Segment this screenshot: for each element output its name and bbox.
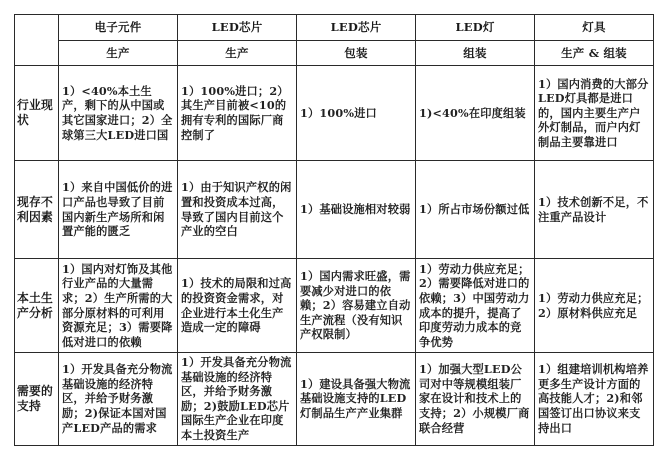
table-cell: 1）国内消费的大部分LED灯具都是进口的，国内主要生产户外灯制品，而户内灯制品主… [535,66,654,161]
header-row-stage: 生产 生产 包装 组装 生产 & 组装 [15,41,654,66]
table-row-industry-status: 行业现状 1）<40%本土生产，剩下的从中国或其它国家进口；2）全球第三大LED… [15,66,654,161]
table-cell: 1）<40%本土生产，剩下的从中国或其它国家进口；2）全球第三大LED进口国 [59,66,178,161]
row-label: 现存不利因素 [15,161,59,259]
table-cell: 1）100%进口；2）其生产目前被<10的拥有专利的国际厂商控制了 [178,66,297,161]
table-cell: 1）劳动力供应充足；2）原材料供应充足 [535,259,654,353]
table-row-support-needed: 需要的支持 1）开发具备充分物流基础设施的经济特区，并给予财务激励；2)保证本国… [15,353,654,446]
stage-luminaire: 生产 & 组装 [535,41,654,66]
table-cell: 1）加强大型LED公司对中等规模组装厂家在设计和技术上的支持；2）小规模厂商联合… [416,353,535,446]
table-cell: 1）基础设施相对较弱 [297,161,416,259]
row-label: 行业现状 [15,66,59,161]
table-row-disadvantages: 现存不利因素 1）来自中国低价的进口产品也导致了目前国内新生产场所和闲置产能的匮… [15,161,654,259]
row-label: 本土生产分析 [15,259,59,353]
table-cell: 1)<40%在印度组装 [416,66,535,161]
table-cell: 1）国内对灯饰及其他行业产品的大量需求；2）生产所需的大部分原材料的可利用资源充… [59,259,178,353]
table-cell: 1）劳动力供应充足；2）需要降低对进口的依赖；3）中国劳动力成本的提升，提高了印… [416,259,535,353]
header-led-lamp: LED灯 [416,15,535,41]
row-label: 需要的支持 [15,353,59,446]
header-led-chip-production: LED芯片 [178,15,297,41]
table-cell: 1）由于知识产权的闲置和投资成本过高，导致了国内目前这个产业的空白 [178,161,297,259]
stage-led-chip-production: 生产 [178,41,297,66]
header-row-category: 电子元件 LED芯片 LED芯片 LED灯 灯具 [15,15,654,41]
table-cell: 1）技术的局限和过高的投资资金需求，对企业进行本土化生产造成一定的障碍 [178,259,297,353]
stage-electronic-components: 生产 [59,41,178,66]
table-cell: 1）国内需求旺盛，需要减少对进口的依赖；2）容易建立自动生产流程（没有知识产权限… [297,259,416,353]
table-row-local-production: 本土生产分析 1）国内对灯饰及其他行业产品的大量需求；2）生产所需的大部分原材料… [15,259,654,353]
stage-led-chip-packaging: 包装 [297,41,416,66]
stage-led-lamp: 组装 [416,41,535,66]
table-cell: 1）所占市场份额过低 [416,161,535,259]
table-cell: 1）组建培训机构培养更多生产设计方面的高技能人才；2)和邻国签订出口协议来支持出… [535,353,654,446]
corner-cell [15,15,59,66]
header-electronic-components: 电子元件 [59,15,178,41]
table-cell: 1）100%进口 [297,66,416,161]
table-cell: 1）建设具备强大物流基础设施支持的LED灯制品生产产业集群 [297,353,416,446]
comparison-table-container: 电子元件 LED芯片 LED芯片 LED灯 灯具 生产 生产 包装 组装 生产 … [14,14,653,446]
industry-analysis-table: 电子元件 LED芯片 LED芯片 LED灯 灯具 生产 生产 包装 组装 生产 … [14,14,654,446]
table-cell: 1）技术创新不足，不注重产品设计 [535,161,654,259]
header-luminaire: 灯具 [535,15,654,41]
header-led-chip-packaging: LED芯片 [297,15,416,41]
table-cell: 1）开发具备充分物流基础设施的经济特区，并给予财务激励；2)保证本国对国产LED… [59,353,178,446]
table-cell: 1）开发具备充分物流基础设施的经济特区，并给予财务激励；2)鼓励LED芯片国际生… [178,353,297,446]
table-cell: 1）来自中国低价的进口产品也导致了目前国内新生产场所和闲置产能的匮乏 [59,161,178,259]
